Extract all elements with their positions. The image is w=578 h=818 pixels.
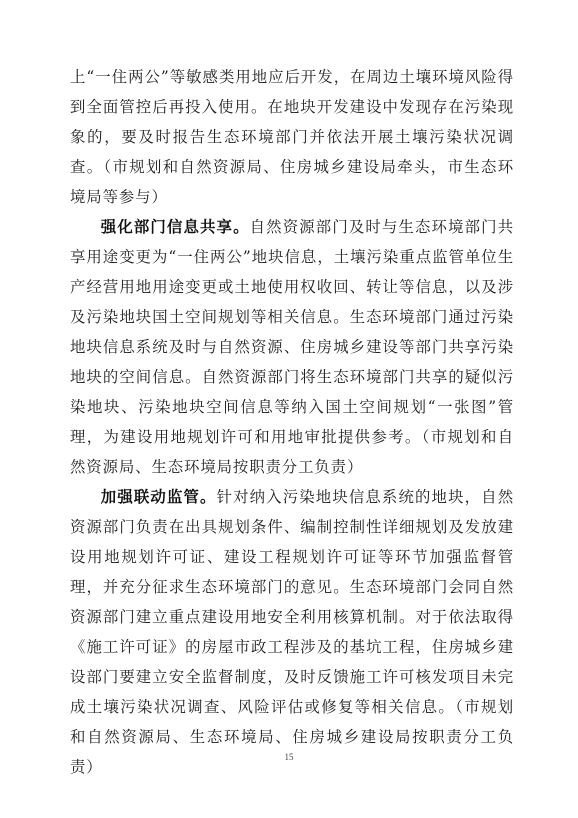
paragraph-info-sharing: 强化部门信息共享。自然资源部门及时与生态环境部门共享用途变更为“一住两公”地块信… (70, 212, 514, 482)
page-number: 15 (0, 752, 578, 762)
paragraph-joint-supervision: 加强联动监管。针对纳入污染地块信息系统的地块，自然资源部门负责在出具规划条件、编… (70, 482, 514, 782)
body-text: 上“一住两公”等敏感类用地应后开发，在周边土壤环境风险得到全面管控后再投入使用。… (70, 62, 514, 782)
paragraph-text: 自然资源部门及时与生态环境部门共享用途变更为“一住两公”地块信息，土壤污染重点监… (70, 218, 514, 476)
paragraph-heading: 强化部门信息共享。 (101, 218, 250, 236)
paragraph-heading: 加强联动监管。 (101, 488, 217, 506)
document-page: 上“一住两公”等敏感类用地应后开发，在周边土壤环境风险得到全面管控后再投入使用。… (0, 0, 578, 818)
paragraph-text: 上“一住两公”等敏感类用地应后开发，在周边土壤环境风险得到全面管控后再投入使用。… (70, 68, 514, 206)
paragraph-text: 针对纳入污染地块信息系统的地块，自然资源部门负责在出具规划条件、编制控制性详细规… (70, 488, 514, 776)
paragraph-continuation: 上“一住两公”等敏感类用地应后开发，在周边土壤环境风险得到全面管控后再投入使用。… (70, 62, 514, 212)
